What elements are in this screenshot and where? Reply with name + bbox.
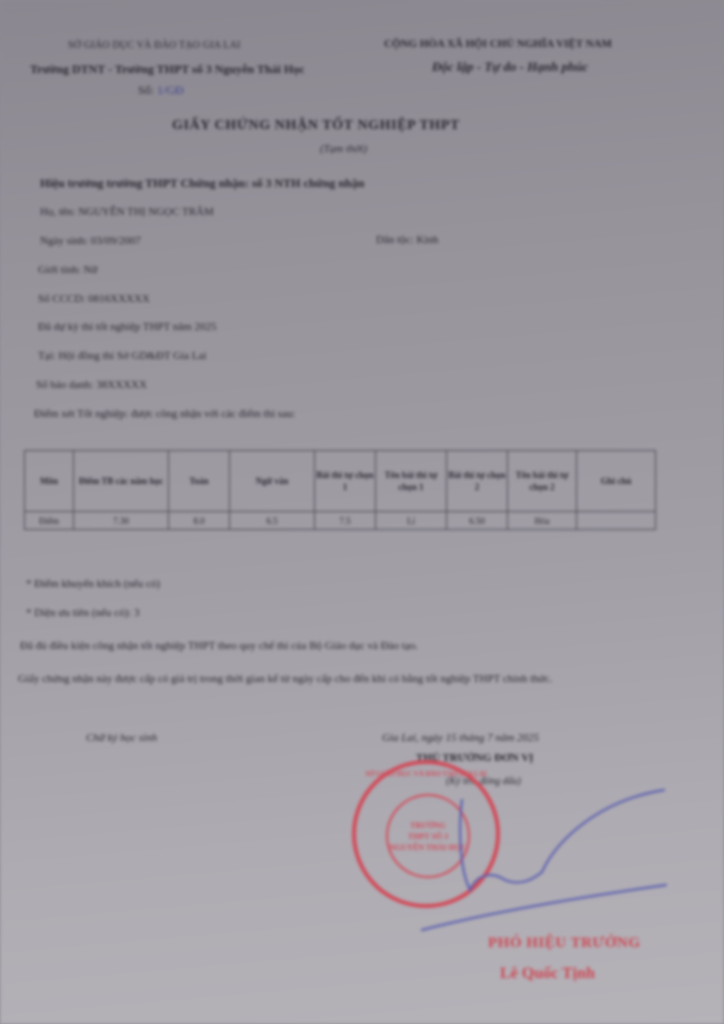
signer-name: Lê Quốc Tịnh (500, 965, 595, 983)
document-page: SỞ GIÁO DỤC VÀ ĐÀO TẠO GIA LAI Trường DT… (0, 0, 724, 1024)
signature-icon (0, 0, 724, 1024)
signer-title: PHÓ HIỆU TRƯỞNG (488, 935, 641, 952)
